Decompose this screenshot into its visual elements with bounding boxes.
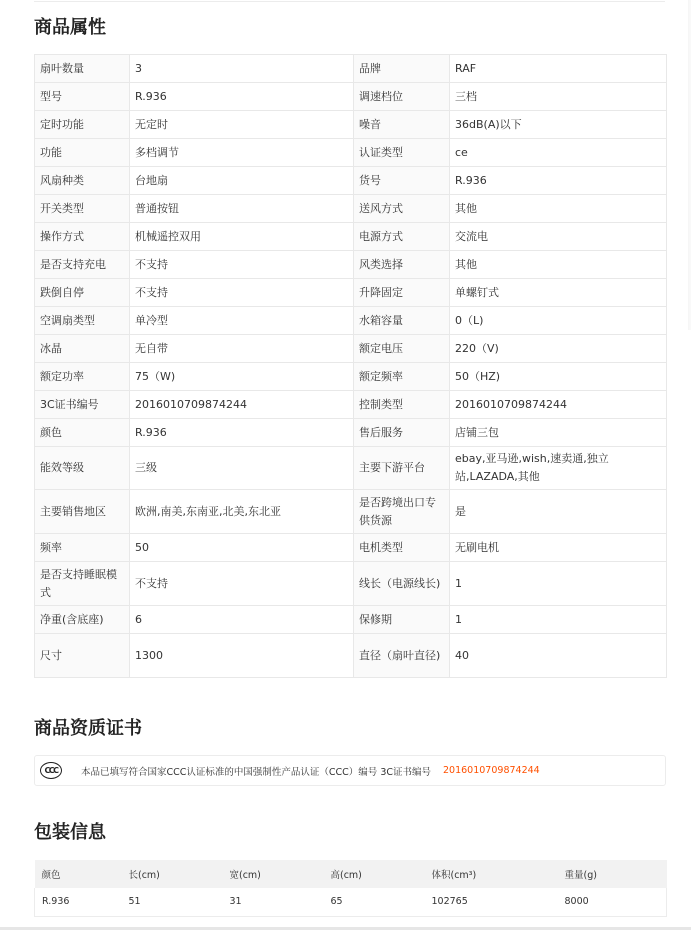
attribute-label: 主要销售地区	[35, 490, 130, 534]
attribute-label: 货号	[354, 167, 450, 195]
package-table: 颜色 长(cm) 宽(cm) 高(cm) 体积(cm³) 重量(g) R.936…	[34, 860, 667, 917]
package-cell-height: 65	[324, 888, 425, 916]
attribute-row: 主要销售地区欧洲,南美,东南亚,北美,东北亚是否跨境出口专供货源是	[35, 490, 667, 534]
attribute-row: 3C证书编号2016010709874244控制类型20160107098742…	[35, 391, 667, 419]
attribute-label: 送风方式	[354, 195, 450, 223]
attribute-label: 3C证书编号	[35, 391, 130, 419]
attribute-label: 能效等级	[35, 447, 130, 490]
attribute-row: 空调扇类型单冷型水箱容量0（L)	[35, 307, 667, 335]
attribute-label: 扇叶数量	[35, 55, 130, 83]
attribute-value: 三级	[130, 447, 354, 490]
package-cell-volume: 102765	[425, 888, 558, 916]
attribute-value: 40	[450, 634, 667, 678]
attribute-row: 尺寸1300直径（扇叶直径)40	[35, 634, 667, 678]
certificate-text: 本品已填写符合国家CCC认证标准的中国强制性产品认证（CCC）编号 3C证书编号	[81, 764, 431, 778]
attribute-label: 额定电压	[354, 335, 450, 363]
attribute-value: 2016010709874244	[450, 391, 667, 419]
attribute-value: 三档	[450, 83, 667, 111]
attribute-value: 1	[450, 562, 667, 606]
attribute-value: 其他	[450, 251, 667, 279]
attribute-label: 品牌	[354, 55, 450, 83]
attribute-value: 机械遥控双用	[130, 223, 354, 251]
attribute-value: 无自带	[130, 335, 354, 363]
package-header-width: 宽(cm)	[223, 860, 324, 888]
package-header-height: 高(cm)	[324, 860, 425, 888]
attribute-row: 冰晶无自带额定电压220（V)	[35, 335, 667, 363]
attribute-label: 跌倒自停	[35, 279, 130, 307]
certificate-section-title: 商品资质证书	[34, 718, 142, 740]
attribute-label: 频率	[35, 534, 130, 562]
attribute-label: 保修期	[354, 606, 450, 634]
package-section-title: 包装信息	[34, 822, 106, 844]
package-header-length: 长(cm)	[122, 860, 223, 888]
attribute-value: R.936	[130, 419, 354, 447]
attribute-value: 不支持	[130, 251, 354, 279]
attribute-value: ebay,亚马逊,wish,速卖通,独立站,LAZADA,其他	[450, 447, 667, 490]
attribute-label: 直径（扇叶直径)	[354, 634, 450, 678]
attribute-label: 主要下游平台	[354, 447, 450, 490]
attribute-value: RAF	[450, 55, 667, 83]
attribute-value: R.936	[450, 167, 667, 195]
attribute-label: 是否支持充电	[35, 251, 130, 279]
attribute-label: 颜色	[35, 419, 130, 447]
package-cell-weight: 8000	[558, 888, 667, 916]
product-detail-page: 商品属性 扇叶数量3品牌RAF型号R.936调速档位三档定时功能无定时噪音36d…	[0, 0, 691, 930]
package-cell-length: 51	[122, 888, 223, 916]
attribute-label: 调速档位	[354, 83, 450, 111]
package-cell-width: 31	[223, 888, 324, 916]
attribute-row: 型号R.936调速档位三档	[35, 83, 667, 111]
attribute-value: 3	[130, 55, 354, 83]
attribute-label: 定时功能	[35, 111, 130, 139]
attribute-label: 电机类型	[354, 534, 450, 562]
package-header-weight: 重量(g)	[558, 860, 667, 888]
attribute-label: 空调扇类型	[35, 307, 130, 335]
attribute-value: 75（W)	[130, 363, 354, 391]
attribute-value: 2016010709874244	[130, 391, 354, 419]
certificate-number: 2016010709874244	[443, 765, 540, 776]
attribute-row: 频率50电机类型无刷电机	[35, 534, 667, 562]
package-cell-color: R.936	[35, 888, 122, 916]
attribute-value: 6	[130, 606, 354, 634]
attribute-value: 单螺钉式	[450, 279, 667, 307]
attribute-value: 不支持	[130, 562, 354, 606]
attribute-label: 风扇种类	[35, 167, 130, 195]
attribute-value: 50	[130, 534, 354, 562]
attribute-row: 开关类型普通按钮送风方式其他	[35, 195, 667, 223]
attribute-row: 操作方式机械遥控双用电源方式交流电	[35, 223, 667, 251]
attribute-row: 扇叶数量3品牌RAF	[35, 55, 667, 83]
attribute-label: 尺寸	[35, 634, 130, 678]
attribute-value: 欧洲,南美,东南亚,北美,东北亚	[130, 490, 354, 534]
certificate-bar: CCC 本品已填写符合国家CCC认证标准的中国强制性产品认证（CCC）编号 3C…	[34, 755, 666, 786]
attribute-value: 台地扇	[130, 167, 354, 195]
attribute-value: 无定时	[130, 111, 354, 139]
attribute-row: 能效等级三级主要下游平台ebay,亚马逊,wish,速卖通,独立站,LAZADA…	[35, 447, 667, 490]
attribute-label: 噪音	[354, 111, 450, 139]
attributes-table: 扇叶数量3品牌RAF型号R.936调速档位三档定时功能无定时噪音36dB(A)以…	[34, 54, 667, 678]
attribute-value: 50（HZ)	[450, 363, 667, 391]
attribute-label: 控制类型	[354, 391, 450, 419]
attribute-label: 是否跨境出口专供货源	[354, 490, 450, 534]
attribute-label: 水箱容量	[354, 307, 450, 335]
attribute-value: R.936	[130, 83, 354, 111]
attribute-value: 普通按钮	[130, 195, 354, 223]
attribute-label: 风类选择	[354, 251, 450, 279]
attribute-label: 升降固定	[354, 279, 450, 307]
attribute-label: 型号	[35, 83, 130, 111]
attribute-row: 额定功率75（W)额定频率50（HZ)	[35, 363, 667, 391]
package-header-row: 颜色 长(cm) 宽(cm) 高(cm) 体积(cm³) 重量(g)	[35, 860, 667, 888]
attribute-label: 电源方式	[354, 223, 450, 251]
attribute-label: 认证类型	[354, 139, 450, 167]
attribute-value: 36dB(A)以下	[450, 111, 667, 139]
attribute-row: 功能多档调节认证类型ce	[35, 139, 667, 167]
attribute-value: 1	[450, 606, 667, 634]
attribute-row: 是否支持充电不支持风类选择其他	[35, 251, 667, 279]
package-header-volume: 体积(cm³)	[425, 860, 558, 888]
attribute-value: 多档调节	[130, 139, 354, 167]
attribute-value: 店铺三包	[450, 419, 667, 447]
ccc-certification-icon: CCC	[40, 762, 62, 779]
attribute-label: 开关类型	[35, 195, 130, 223]
attribute-row: 定时功能无定时噪音36dB(A)以下	[35, 111, 667, 139]
attribute-value: 0（L)	[450, 307, 667, 335]
attribute-row: 净重(含底座)6保修期1	[35, 606, 667, 634]
attribute-value: 无刷电机	[450, 534, 667, 562]
attribute-value: 1300	[130, 634, 354, 678]
attribute-row: 颜色R.936售后服务店铺三包	[35, 419, 667, 447]
attribute-value: 交流电	[450, 223, 667, 251]
attribute-label: 功能	[35, 139, 130, 167]
attribute-value: 不支持	[130, 279, 354, 307]
attribute-label: 操作方式	[35, 223, 130, 251]
attribute-row: 是否支持睡眠模式不支持线长（电源线长)1	[35, 562, 667, 606]
attribute-value: 是	[450, 490, 667, 534]
attribute-value: ce	[450, 139, 667, 167]
package-row: R.936 51 31 65 102765 8000	[35, 888, 667, 916]
package-header-color: 颜色	[35, 860, 122, 888]
attribute-label: 线长（电源线长)	[354, 562, 450, 606]
attribute-label: 额定频率	[354, 363, 450, 391]
attribute-label: 净重(含底座)	[35, 606, 130, 634]
attribute-label: 额定功率	[35, 363, 130, 391]
attribute-value: 单冷型	[130, 307, 354, 335]
attribute-row: 跌倒自停不支持升降固定单螺钉式	[35, 279, 667, 307]
attribute-value: 其他	[450, 195, 667, 223]
top-divider	[34, 1, 665, 2]
attributes-section-title: 商品属性	[34, 17, 106, 39]
attribute-value: 220（V)	[450, 335, 667, 363]
attribute-label: 是否支持睡眠模式	[35, 562, 130, 606]
attribute-label: 售后服务	[354, 419, 450, 447]
attribute-label: 冰晶	[35, 335, 130, 363]
attribute-row: 风扇种类台地扇货号R.936	[35, 167, 667, 195]
